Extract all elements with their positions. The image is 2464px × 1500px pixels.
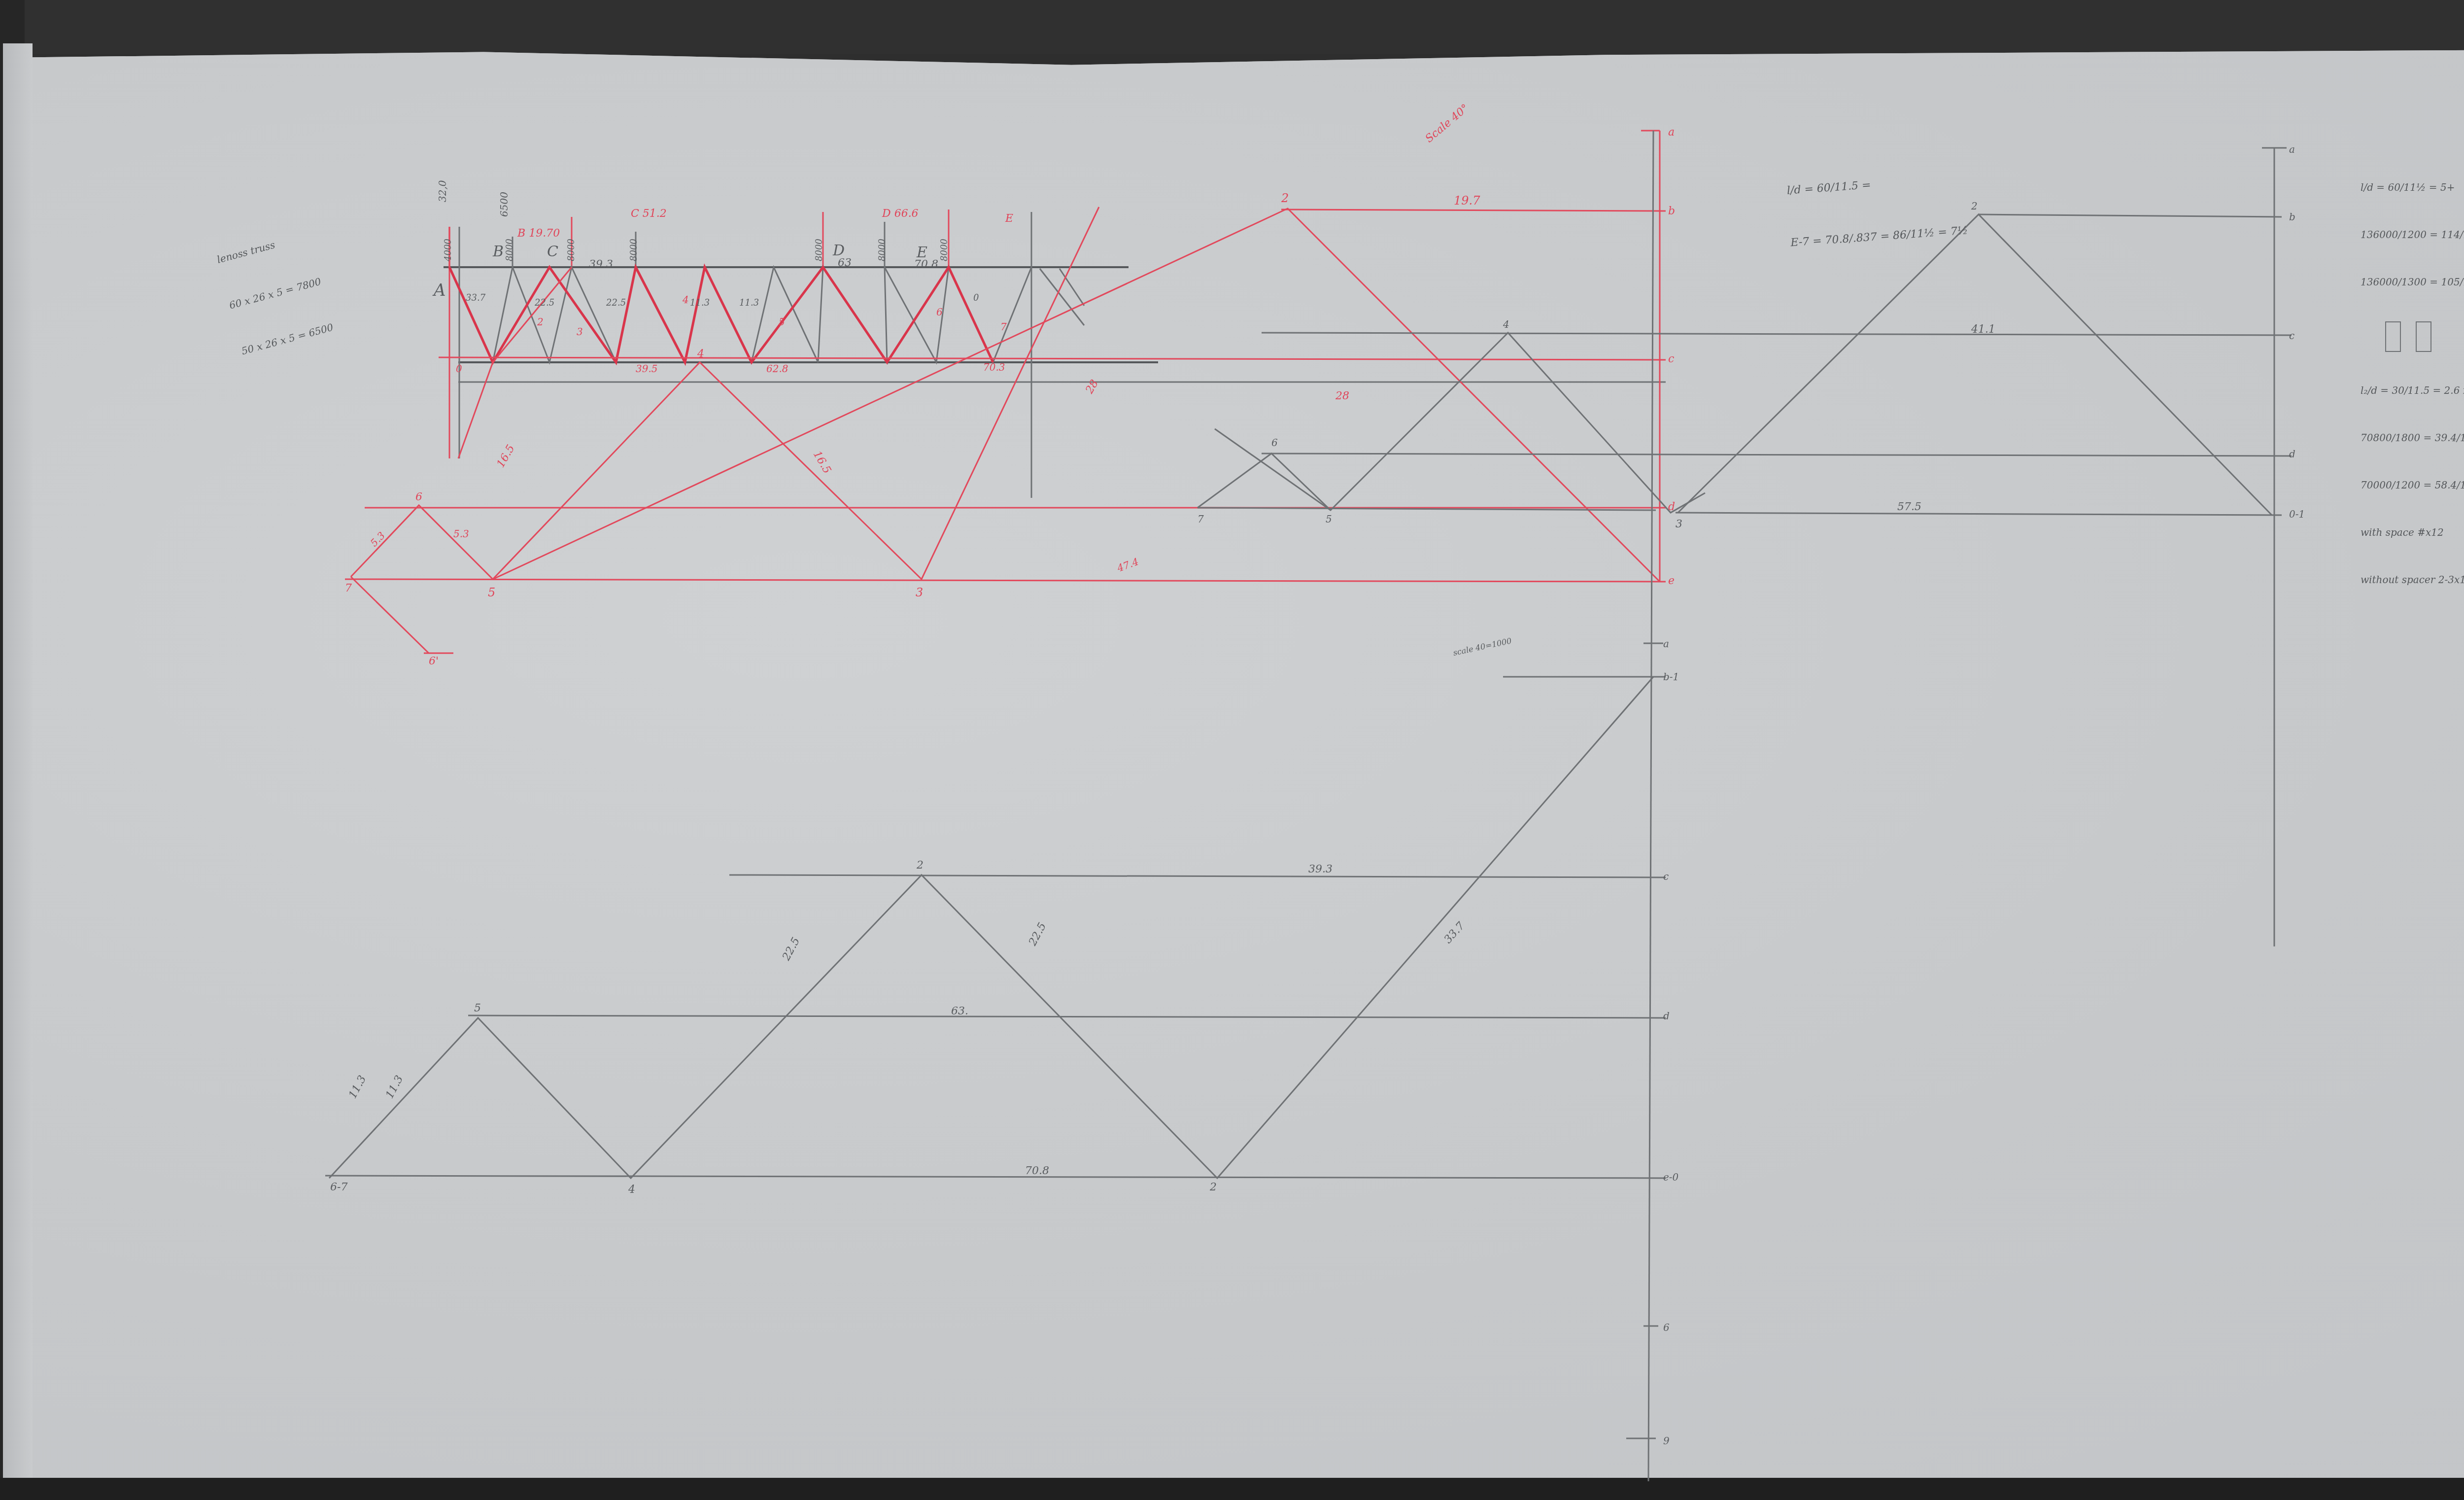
svg-text:11.3: 11.3 (383, 1074, 406, 1101)
svg-text:22.5: 22.5 (606, 298, 626, 308)
note-line: l₂/d = 30/11.5 = 2.6 x 1¼ = 3.25 (2361, 383, 2464, 398)
svg-text:32,0: 32,0 (437, 180, 448, 202)
svg-text:39.3: 39.3 (1308, 863, 1333, 875)
svg-text:28: 28 (1083, 378, 1101, 396)
svg-text:22.5: 22.5 (534, 298, 554, 308)
pencil-polygon-upper-right: 2 41.1 57.5 a b c d 0-1 (1676, 143, 2305, 946)
support-label-A: A (432, 280, 446, 300)
svg-text:6-7: 6-7 (330, 1181, 347, 1193)
svg-text:70.8: 70.8 (914, 258, 938, 271)
svg-text:b: b (2289, 211, 2295, 223)
svg-text:7: 7 (1000, 321, 1007, 333)
svg-text:B 19.70: B 19.70 (517, 227, 560, 240)
svg-text:7: 7 (345, 582, 352, 594)
svg-text:2: 2 (1281, 191, 1289, 205)
svg-text:62.8: 62.8 (766, 363, 788, 375)
svg-text:4000: 4000 (443, 239, 453, 262)
svg-text:28: 28 (1335, 390, 1349, 402)
svg-text:6': 6' (429, 655, 439, 667)
svg-text:2: 2 (916, 859, 924, 872)
svg-text:8000: 8000 (566, 239, 577, 261)
svg-text:0-1: 0-1 (2289, 508, 2305, 520)
truss-elevation: A B C D E 39.3 63 70.8 32,0 6500 4000 80… (432, 180, 1666, 498)
svg-text:19.7: 19.7 (1454, 194, 1480, 208)
svg-text:8000: 8000 (877, 239, 888, 261)
svg-text:C 51.2: C 51.2 (631, 208, 667, 220)
note-line: 136000/1200 = 114/11½ = 10 (2361, 227, 2464, 243)
svg-text:57.5: 57.5 (1897, 501, 1921, 513)
svg-text:0: 0 (973, 293, 979, 303)
svg-text:5: 5 (474, 1002, 481, 1014)
note-line: 70800/1800 = 39.4/11½ = 3.43 (2361, 430, 2464, 446)
svg-text:b: b (1668, 205, 1675, 217)
svg-text:d: d (1663, 1010, 1670, 1022)
svg-text:scale 40=1000: scale 40=1000 (1452, 636, 1512, 658)
note-line: E-7 = 70.8/.837 = 86/11½ = 7½ (1790, 222, 1968, 251)
svg-text:8000: 8000 (939, 239, 950, 261)
svg-text:5: 5 (488, 586, 495, 599)
svg-text:5.3: 5.3 (453, 528, 469, 540)
note-line: l/d = 60/11½ = 5+ (2361, 179, 2464, 195)
svg-text:0: 0 (456, 363, 462, 375)
note-line: 70000/1200 = 58.4/11½ = 5.08 (2361, 477, 2464, 493)
svg-text:e: e (1668, 575, 1675, 587)
svg-text:a: a (1663, 638, 1669, 650)
svg-text:E: E (1005, 212, 1013, 225)
note-ld-calculations-right: l/d = 60/11½ = 5+ 136000/1200 = 114/11½ … (2361, 148, 2464, 603)
svg-text:39.3: 39.3 (589, 258, 613, 271)
svg-text:C: C (547, 243, 558, 260)
note-line: 136000/1300 = 105/11½ = 9 (2361, 274, 2464, 290)
svg-text:5: 5 (1326, 513, 1332, 525)
svg-text:4: 4 (697, 348, 704, 360)
svg-text:6: 6 (936, 306, 943, 318)
note-line: l/d = 60/11.5 = (1786, 170, 1965, 200)
svg-text:5: 5 (779, 316, 785, 328)
svg-text:D 66.6: D 66.6 (882, 208, 919, 220)
svg-text:7: 7 (1198, 513, 1204, 525)
svg-text:11.3: 11.3 (690, 298, 710, 308)
svg-text:2: 2 (1971, 200, 1978, 212)
svg-text:Scale 40°: Scale 40° (1423, 102, 1472, 145)
note-title: lenoss truss (215, 228, 311, 268)
svg-text:16.5: 16.5 (811, 449, 833, 476)
svg-text:6: 6 (415, 491, 422, 503)
svg-text:9: 9 (1663, 1435, 1670, 1447)
svg-text:a: a (2289, 143, 2295, 155)
svg-text:4: 4 (1503, 318, 1509, 330)
note-ld-ratio-center: l/d = 60/11.5 = E-7 = 70.8/.837 = 86/11½… (1784, 136, 1970, 269)
svg-text:c: c (1668, 353, 1674, 365)
truss-diagram-drawing: A B C D E 39.3 63 70.8 32,0 6500 4000 80… (0, 0, 2464, 1500)
svg-text:8000: 8000 (505, 239, 515, 261)
note-line: 50 x 26 x 5 = 6500 (240, 319, 335, 359)
svg-text:6500: 6500 (498, 192, 510, 217)
note-line: 60 x 26 x 5 = 7800 (227, 274, 323, 314)
svg-text:11.3: 11.3 (739, 298, 759, 308)
note-line: with space #x12 (2361, 524, 2464, 540)
svg-text:2: 2 (1209, 1181, 1217, 1193)
svg-text:4: 4 (628, 1184, 635, 1196)
svg-text:39.5: 39.5 (636, 363, 658, 375)
svg-text:22.5: 22.5 (780, 936, 803, 963)
pencil-polygon-middle: 4 6 5 7 3 (1198, 318, 2292, 530)
svg-text:70.3: 70.3 (983, 361, 1005, 373)
svg-text:2: 2 (537, 316, 544, 328)
svg-text:16.5: 16.5 (495, 443, 517, 470)
svg-text:a: a (1668, 126, 1675, 139)
svg-text:3: 3 (916, 586, 923, 599)
svg-text:8000: 8000 (629, 239, 639, 261)
svg-text:b-1: b-1 (1663, 671, 1679, 683)
svg-text:c: c (2289, 330, 2294, 342)
svg-text:8000: 8000 (814, 239, 824, 261)
svg-text:33.7: 33.7 (1442, 920, 1467, 946)
svg-text:41.1: 41.1 (1971, 323, 1995, 336)
svg-text:70.8: 70.8 (1025, 1165, 1049, 1177)
red-force-polygon: 2 3 4 5 6 7 6' 19.7 28 28 16.5 16.5 5.3 … (345, 102, 1675, 667)
svg-text:3: 3 (577, 326, 583, 338)
svg-text:47.4: 47.4 (1115, 556, 1140, 574)
column-sketch-icon (2361, 321, 2464, 351)
svg-text:33.7: 33.7 (466, 293, 486, 303)
svg-text:c: c (1663, 871, 1669, 882)
svg-text:e-0: e-0 (1663, 1171, 1679, 1183)
svg-text:22.5: 22.5 (1027, 921, 1049, 948)
svg-text:11.3: 11.3 (346, 1074, 369, 1101)
svg-text:B: B (492, 243, 504, 260)
svg-text:6: 6 (1663, 1322, 1670, 1333)
svg-text:5.3: 5.3 (368, 529, 387, 549)
svg-text:63: 63 (838, 257, 852, 269)
note-line: without spacer 2-3x12 (2361, 572, 2464, 588)
svg-text:63.: 63. (951, 1005, 968, 1017)
svg-text:4: 4 (682, 294, 689, 306)
svg-text:3: 3 (1676, 518, 1682, 530)
svg-text:d: d (2289, 448, 2295, 460)
svg-text:6: 6 (1271, 437, 1278, 449)
